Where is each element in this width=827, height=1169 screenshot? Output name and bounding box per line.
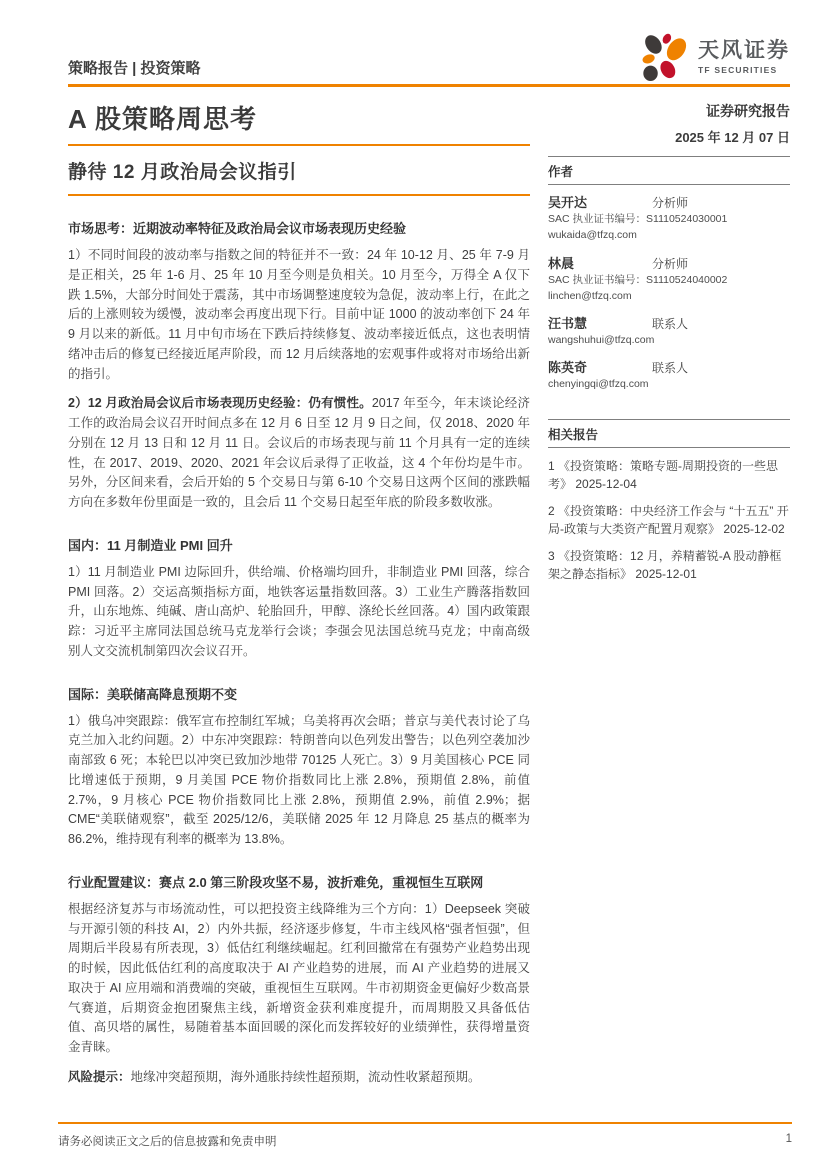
- related-heading: 相关报告: [548, 420, 790, 447]
- brand-logo: 天风证券 TF SECURITIES: [638, 32, 790, 82]
- related-report-item: 2 《投资策略：中央经济工作会与 “十五五” 开局-政策与大类资产配置月观察》 …: [548, 502, 790, 538]
- author-entry: 林晨 分析师 SAC 执业证书编号：S1110524040002 linchen…: [548, 253, 790, 305]
- paragraph-text: 根据经济复苏与市场流动性，可以把投资主线降维为三个方向：1）Deepseek 突…: [68, 902, 530, 1054]
- author-email: linchen@tfzq.com: [548, 288, 790, 304]
- section-heading-domestic: 国内：11 月制造业 PMI 回升: [68, 535, 530, 554]
- authors-heading: 作者: [548, 157, 790, 184]
- author-cert: SAC 执业证书编号：S1110524030001: [548, 211, 790, 227]
- footer-disclaimer: 请务必阅读正文之后的信息披露和免责申明: [58, 1133, 277, 1149]
- brand-name-en: TF SECURITIES: [698, 65, 790, 75]
- author-name: 陈英奇: [548, 357, 652, 376]
- related-report-item: 3 《投资策略：12 月，养精蓄锐-A 股动静框架之静态指标》 2025-12-…: [548, 547, 790, 583]
- author-row: 陈英奇 联系人: [548, 357, 790, 376]
- author-name: 吴开达: [548, 192, 652, 211]
- section-heading-international: 国际：美联储高降息预期不变: [68, 684, 530, 703]
- related-report-num: 2: [548, 504, 555, 518]
- tf-flower-icon: [638, 32, 690, 82]
- paragraph: 1）俄乌冲突跟踪：俄军宣布控制红军城；乌美将再次会晤；普京与美代表讨论了乌克兰加…: [68, 712, 530, 850]
- sidebar: 证券研究报告 2025 年 12 月 07 日 作者 吴开达 分析师 SAC 执…: [548, 87, 790, 1098]
- report-title: 静待 12 月政治局会议指引: [68, 157, 530, 184]
- related-report-num: 1: [548, 459, 555, 473]
- section-heading-market: 市场思考：近期波动率特征及政治局会议市场表现历史经验: [68, 218, 530, 237]
- title-divider: [68, 144, 530, 146]
- author-row: 汪书慧 联系人: [548, 313, 790, 332]
- related-report-date: 2025-12-04: [575, 477, 636, 491]
- paragraph-lead: 2）12 月政治局会议后市场表现历史经验：仍有惯性。: [68, 396, 372, 410]
- report-series-title: A 股策略周思考: [68, 99, 530, 136]
- sidebar-divider: [548, 447, 790, 448]
- main-column: A 股策略周思考 静待 12 月政治局会议指引 市场思考：近期波动率特征及政治局…: [68, 87, 530, 1098]
- report-page: 策略报告 | 投资策略 天风证券 TF SECURITIES A: [0, 0, 827, 1169]
- report-category: 策略报告 | 投资策略: [68, 57, 201, 82]
- masthead: 策略报告 | 投资策略 天风证券 TF SECURITIES: [68, 30, 790, 82]
- related-reports: 相关报告 1 《投资策略：策略专题-周期投资的一些思考》 2025-12-04 …: [548, 419, 790, 583]
- author-role: 联系人: [652, 315, 688, 332]
- author-email: wangshuhui@tfzq.com: [548, 332, 790, 348]
- author-role: 分析师: [652, 255, 688, 272]
- author-email: wukaida@tfzq.com: [548, 227, 790, 243]
- paragraph-text: 1）不同时间段的波动率与指数之间的特征并不一致：24 年 10-12 月、25 …: [68, 248, 530, 381]
- paragraph: 1）不同时间段的波动率与指数之间的特征并不一致：24 年 10-12 月、25 …: [68, 246, 530, 384]
- footer-divider: [58, 1122, 792, 1124]
- paragraph-text: 2017 年至今，年末谈论经济工作的政治局会议召开时间点多在 12 月 6 日至…: [68, 396, 530, 509]
- paragraph: 1）11 月制造业 PMI 边际回升，供给端、价格端均回升，非制造业 PMI 回…: [68, 563, 530, 662]
- author-entry: 汪书慧 联系人 wangshuhui@tfzq.com: [548, 313, 790, 348]
- author-cert: SAC 执业证书编号：S1110524040002: [548, 272, 790, 288]
- risk-note: 风险提示：地缘冲突超预期，海外通胀持续性超预期，流动性收紧超预期。: [68, 1068, 530, 1088]
- author-role: 分析师: [652, 194, 688, 211]
- related-report-date: 2025-12-02: [723, 522, 784, 536]
- subtitle-divider: [68, 194, 530, 196]
- report-date: 2025 年 12 月 07 日: [548, 127, 790, 146]
- risk-text: 地缘冲突超预期，海外通胀持续性超预期，流动性收紧超预期。: [131, 1070, 481, 1084]
- author-role: 联系人: [652, 359, 688, 376]
- author-entry: 吴开达 分析师 SAC 执业证书编号：S1110524030001 wukaid…: [548, 192, 790, 244]
- risk-lead: 风险提示：: [68, 1070, 131, 1084]
- report-type-label: 证券研究报告: [548, 101, 790, 121]
- paragraph-text: 1）俄乌冲突跟踪：俄军宣布控制红军城；乌美将再次会晤；普京与美代表讨论了乌克兰加…: [68, 714, 530, 847]
- paragraph: 根据经济复苏与市场流动性，可以把投资主线降维为三个方向：1）Deepseek 突…: [68, 900, 530, 1058]
- author-entry: 陈英奇 联系人 chenyingqi@tfzq.com: [548, 357, 790, 392]
- section-heading-allocation: 行业配置建议：赛点 2.0 第三阶段攻坚不易，波折难免，重视恒生互联网: [68, 872, 530, 891]
- content-columns: A 股策略周思考 静待 12 月政治局会议指引 市场思考：近期波动率特征及政治局…: [68, 87, 790, 1098]
- sidebar-divider: [548, 184, 790, 185]
- paragraph-text: 1）11 月制造业 PMI 边际回升，供给端、价格端均回升，非制造业 PMI 回…: [68, 565, 530, 658]
- related-report-item: 1 《投资策略：策略专题-周期投资的一些思考》 2025-12-04: [548, 457, 790, 493]
- paragraph: 2）12 月政治局会议后市场表现历史经验：仍有惯性。2017 年至今，年末谈论经…: [68, 394, 530, 513]
- author-row: 吴开达 分析师: [548, 192, 790, 211]
- brand-text: 天风证券 TF SECURITIES: [698, 39, 790, 74]
- page-footer: 请务必阅读正文之后的信息披露和免责申明 1: [58, 1122, 792, 1149]
- related-report-date: 2025-12-01: [635, 567, 696, 581]
- brand-name-cn: 天风证券: [698, 39, 790, 62]
- related-report-num: 3: [548, 549, 555, 563]
- author-name: 汪书慧: [548, 313, 652, 332]
- page-number: 1: [786, 1133, 792, 1149]
- author-email: chenyingqi@tfzq.com: [548, 376, 790, 392]
- author-row: 林晨 分析师: [548, 253, 790, 272]
- author-name: 林晨: [548, 253, 652, 272]
